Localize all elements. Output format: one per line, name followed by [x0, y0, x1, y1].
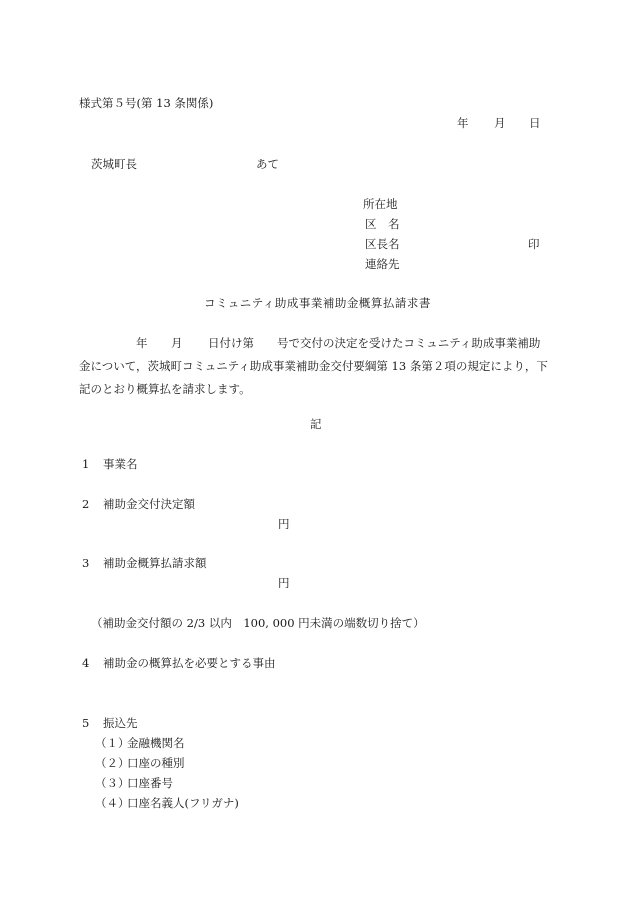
date-month-label: 月 — [494, 118, 506, 130]
item-1-number: 1 — [82, 459, 89, 471]
form-number: 様式第５号(第 13 条関係) — [79, 98, 213, 110]
bank-field-3-number: （３） — [95, 778, 130, 790]
contact-label: 連絡先 — [365, 259, 400, 271]
bank-field-2-label: 口座の種別 — [127, 758, 185, 770]
date-day-label: 日 — [529, 118, 541, 130]
ki-heading: 記 — [310, 419, 322, 431]
district-name-label: 区 名 — [365, 219, 400, 231]
item-2-number: 2 — [82, 499, 89, 511]
bank-field-4-label: 口座名義人(フリガナ) — [127, 798, 239, 810]
body-month-label: 月 — [171, 338, 183, 350]
document-title: コミュニティ助成事業補助金概算払請求書 — [204, 298, 431, 310]
item-3-number: 3 — [82, 558, 89, 570]
body-line1-rest: 号で交付の決定を受けたコミュニティ助成事業補助 — [277, 338, 540, 350]
body-line3: 記のとおり概算払を請求します。 — [79, 384, 251, 396]
seal-label: 印 — [528, 239, 540, 251]
bank-field-1-number: （１） — [95, 738, 130, 750]
bank-field-4-number: （４） — [95, 798, 130, 810]
amount-note: （補助金交付額の 2/3 以内 100, 000 円未満の端数切り捨て） — [91, 618, 425, 630]
item-3-label: 補助金概算払請求額 — [103, 558, 207, 570]
addressee-suffix: あて — [256, 159, 279, 171]
body-day-no-label: 日付け第 — [208, 338, 254, 350]
item-5-number: 5 — [82, 718, 89, 730]
bank-field-3-label: 口座番号 — [127, 778, 173, 790]
body-line2: 金について，茨城町コミュニティ助成事業補助金交付要綱第 13 条第２項の規定によ… — [79, 361, 548, 373]
item-4-number: 4 — [82, 658, 89, 670]
item-5-label: 振込先 — [103, 718, 138, 730]
addressee-name: 茨城町長 — [91, 159, 137, 171]
item-3-unit: 円 — [278, 578, 290, 590]
item-2-label: 補助金交付決定額 — [103, 499, 195, 511]
bank-field-2-number: （２） — [95, 758, 130, 770]
bank-field-1-label: 金融機関名 — [127, 738, 185, 750]
body-year-label: 年 — [136, 338, 148, 350]
item-4-label: 補助金の概算払を必要とする事由 — [103, 658, 276, 670]
district-head-label: 区長名 — [365, 239, 400, 251]
address-label: 所在地 — [363, 199, 398, 211]
item-1-label: 事業名 — [103, 459, 138, 471]
item-2-unit: 円 — [278, 519, 290, 531]
date-year-label: 年 — [457, 118, 469, 130]
